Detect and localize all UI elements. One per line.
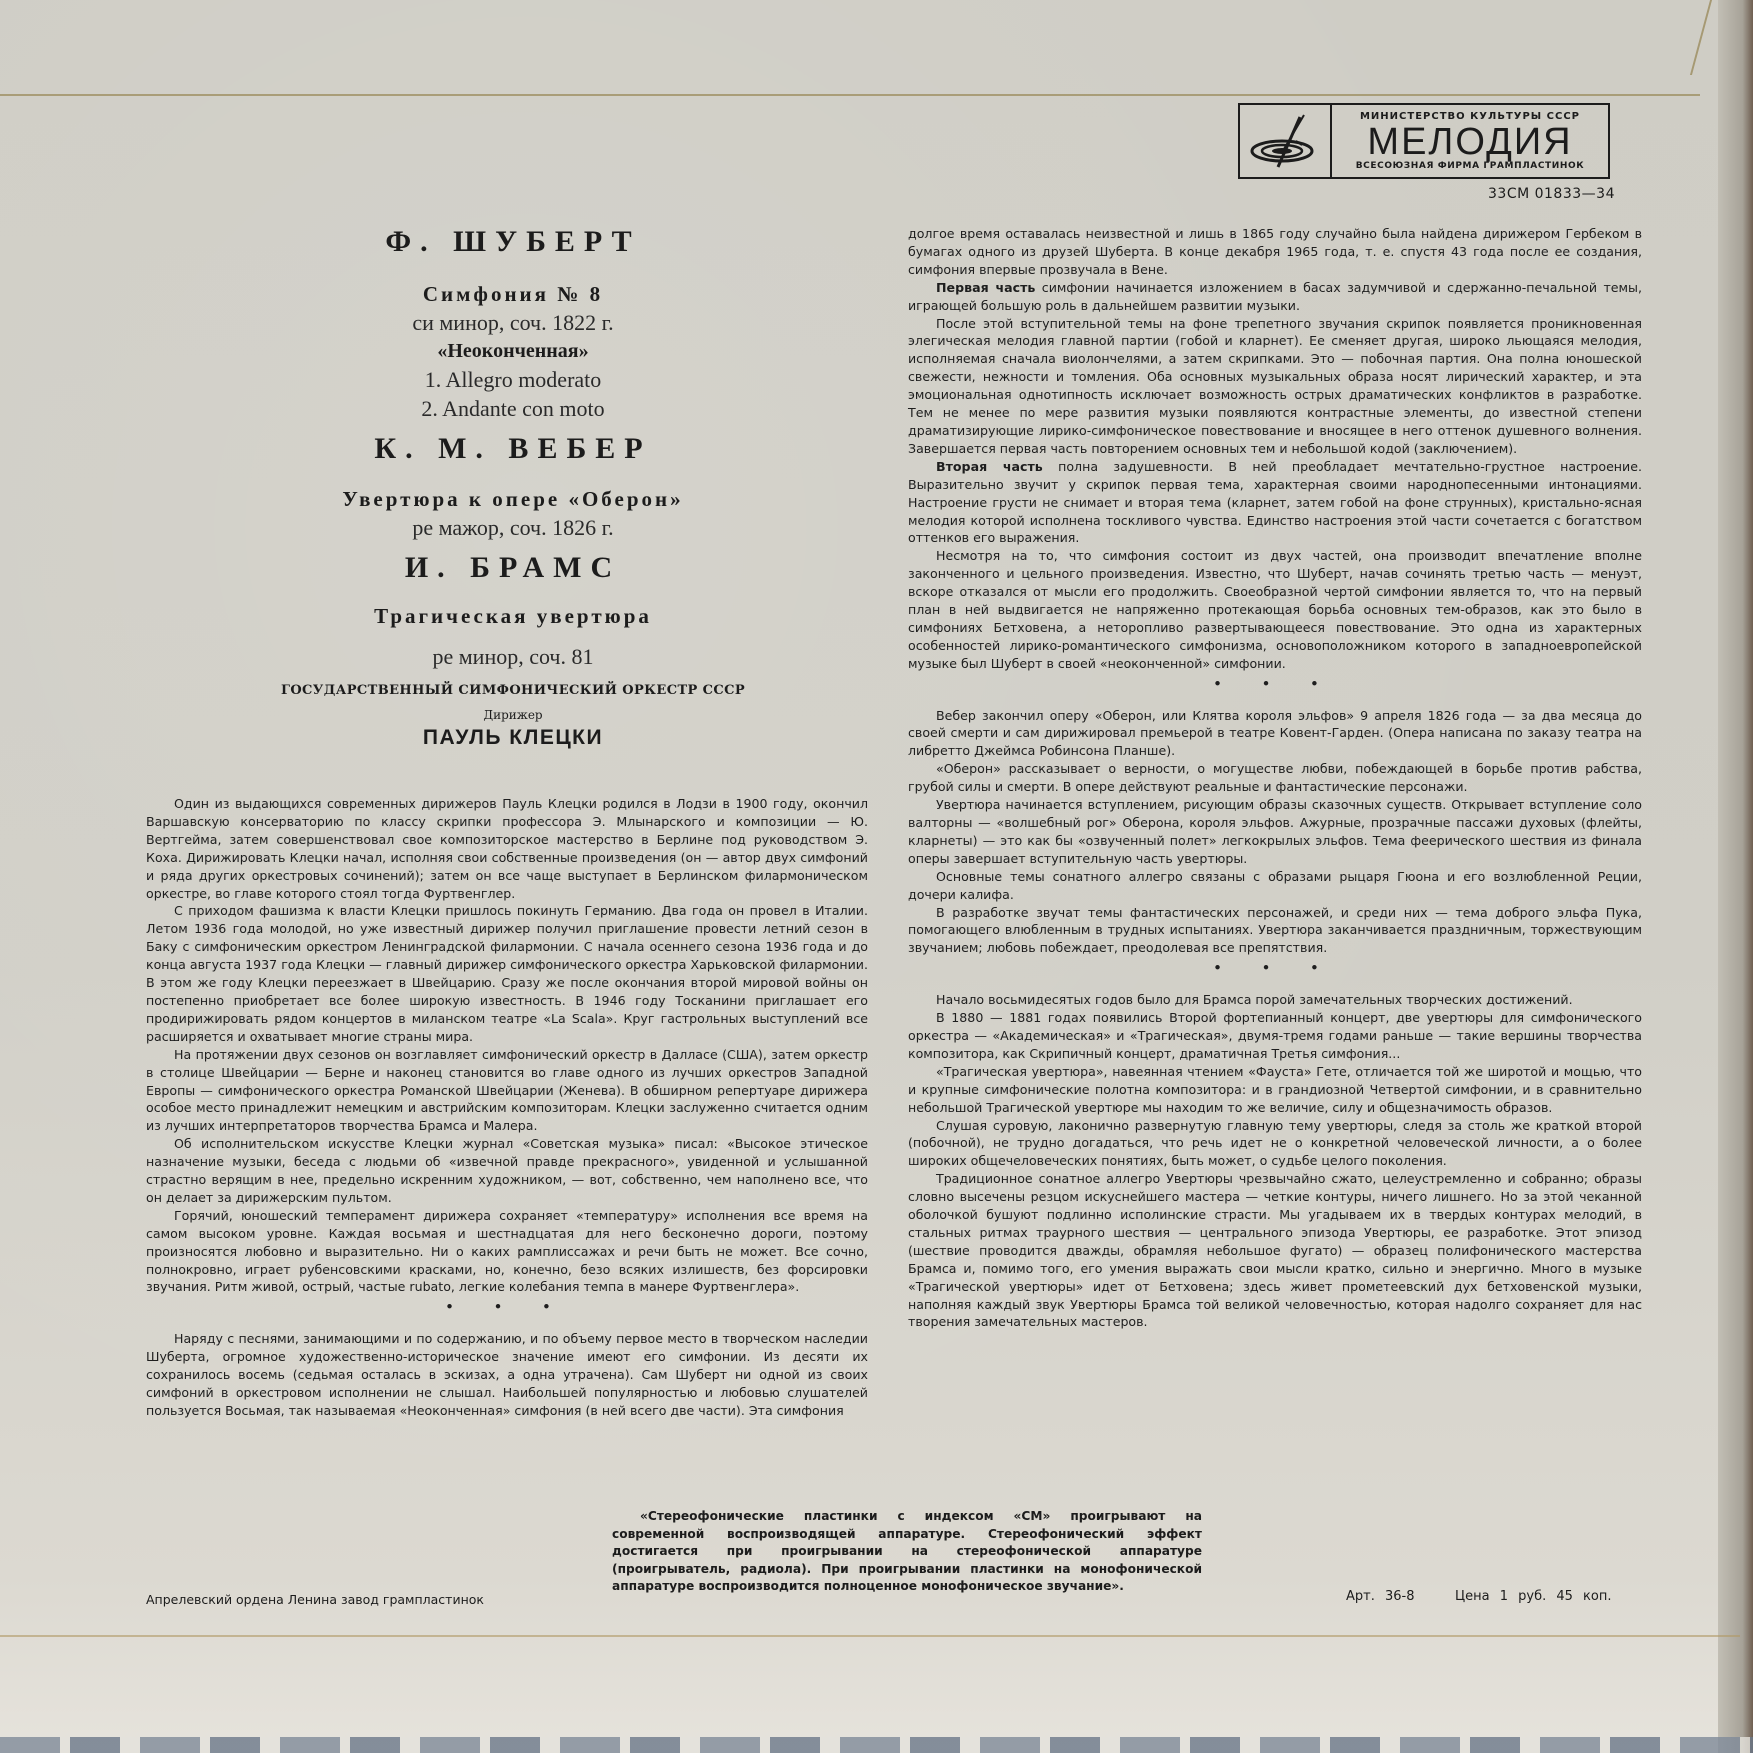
work-title: Трагическая увертюра [258,602,768,630]
liner-paragraph: На протяжении двух сезонов он возглавляе… [146,1046,868,1136]
price-info: Арт. 36-8 Цена 1 руб. 45 коп. [1346,1589,1611,1604]
liner-paragraph: В 1880 — 1881 годах появились Второй фор… [908,1009,1642,1063]
work-subtitle: «Неоконченная» [258,337,768,365]
article-number: Арт. 36-8 [1346,1589,1415,1604]
section-divider: • • • [908,959,1642,977]
work-title: Симфония № 8 [258,280,768,308]
liner-paragraph: Вторая часть полна задушевности. В ней п… [908,458,1642,548]
liner-notes-left: Один из выдающихся современных дирижеров… [146,795,868,1420]
work-key-opus: ре мажор, соч. 1826 г. [258,513,768,542]
liner-paragraph: «Оберон» рассказывает о верности, о могу… [908,760,1642,796]
paragraph-text: Слушая суровую, лаконично развернутую гл… [908,1118,1642,1169]
section-divider: • • • [146,1298,868,1316]
melodiya-record-logo-icon [1240,105,1332,177]
sleeve-right-edge [1718,0,1753,1753]
movement: 2. Andante con moto [258,394,768,423]
paragraph-text: Традиционное сонатное аллегро Увертюры ч… [908,1171,1642,1329]
price: Цена 1 руб. 45 коп. [1455,1589,1611,1604]
stereo-note-text: «Стереофонические пластинки с индексом «… [612,1508,1202,1596]
movement: 1. Allegro moderato [258,365,768,394]
liner-paragraph: Традиционное сонатное аллегро Увертюры ч… [908,1170,1642,1331]
liner-paragraph: В разработке звучат темы фантастических … [908,904,1642,958]
composer-weber: К. М. ВЕБЕР [258,429,768,469]
liner-paragraph: Вебер закончил оперу «Оберон, или Клятва… [908,707,1642,761]
liner-paragraph: Наряду с песнями, занимающими и по содер… [146,1330,868,1420]
liner-paragraph: Основные темы сонатного аллегро связаны … [908,868,1642,904]
sleeve-flap-edge [1690,0,1712,75]
catalog-number: 33СМ 01833—34 [1488,186,1615,202]
melodiya-logo: МИНИСТЕРСТВО КУЛЬТУРЫ СССР МЕЛОДИЯ ВСЕСО… [1238,103,1610,179]
composer-schubert: Ф. ШУБЕРТ [258,222,768,262]
liner-paragraph: Начало восьмидесятых годов было для Брам… [908,991,1642,1009]
sleeve-crease-bottom [0,1635,1740,1637]
paragraph-text: В разработке звучат темы фантастических … [908,905,1642,956]
paragraph-text: Вебер закончил оперу «Оберон, или Клятва… [908,708,1642,759]
section-divider: • • • [908,675,1642,693]
liner-paragraph: Горячий, юношеский темперамент дирижера … [146,1207,868,1297]
section-heading: Вторая часть [936,459,1043,474]
factory-name: Апрелевский ордена Ленина завод грамплас… [146,1592,484,1607]
program-header: Ф. ШУБЕРТ Симфония № 8 си минор, соч. 18… [258,222,768,750]
liner-notes-right: долгое время оставалась неизвестной и ли… [908,225,1642,1331]
paragraph-text: Начало восьмидесятых годов было для Брам… [936,992,1573,1007]
sleeve-crease-top [0,94,1700,96]
work-key-opus: си минор, соч. 1822 г. [258,308,768,337]
work-key-opus: ре минор, соч. 81 [258,642,768,671]
paragraph-text: «Оберон» рассказывает о верности, о могу… [908,761,1642,794]
paragraph-text: долгое время оставалась неизвестной и ли… [908,226,1642,277]
paragraph-text: Несмотря на то, что симфония состоит из … [908,548,1642,670]
work-title: Увертюра к опере «Оберон» [258,485,768,513]
stereo-note: «Стереофонические пластинки с индексом «… [612,1508,1202,1596]
paragraph-text: В 1880 — 1881 годах появились Второй фор… [908,1010,1642,1061]
paragraph-text: После этой вступительной темы на фоне тр… [908,316,1642,456]
paragraph-text: Основные темы сонатного аллегро связаны … [908,869,1642,902]
composer-brahms: И. БРАМС [258,548,768,588]
liner-paragraph: долгое время оставалась неизвестной и ли… [908,225,1642,279]
liner-paragraph: Несмотря на то, что симфония состоит из … [908,547,1642,672]
conductor-name: ПАУЛЬ КЛЕЦКИ [258,726,768,750]
melodiya-logo-text: МИНИСТЕРСТВО КУЛЬТУРЫ СССР МЕЛОДИЯ ВСЕСО… [1332,105,1608,177]
paragraph-text: «Трагическая увертюра», навеянная чтение… [908,1064,1642,1115]
front-cover-edge-strip [0,1737,1753,1753]
paragraph-text: Увертюра начинается вступлением, рисующи… [908,797,1642,866]
liner-paragraph: Первая часть симфонии начинается изложен… [908,279,1642,315]
company-label: ВСЕСОЮЗНАЯ ФИРМА ГРАМПЛАСТИНОК [1356,161,1585,172]
orchestra-name: ГОСУДАРСТВЕННЫЙ СИМФОНИЧЕСКИЙ ОРКЕСТР СС… [258,683,768,698]
brand-name: МЕЛОДИЯ [1367,123,1572,161]
liner-paragraph: С приходом фашизма к власти Клецки пришл… [146,902,868,1045]
liner-paragraph: Один из выдающихся современных дирижеров… [146,795,868,902]
liner-paragraph: «Трагическая увертюра», навеянная чтение… [908,1063,1642,1117]
liner-paragraph: Увертюра начинается вступлением, рисующи… [908,796,1642,868]
liner-paragraph: После этой вступительной темы на фоне тр… [908,315,1642,458]
liner-paragraph: Слушая суровую, лаконично развернутую гл… [908,1117,1642,1171]
conductor-label: Дирижер [258,708,768,722]
section-heading: Первая часть [936,280,1035,295]
liner-paragraph: Об исполнительском искусстве Клецки журн… [146,1135,868,1207]
record-sleeve-back: МИНИСТЕРСТВО КУЛЬТУРЫ СССР МЕЛОДИЯ ВСЕСО… [0,0,1753,1753]
